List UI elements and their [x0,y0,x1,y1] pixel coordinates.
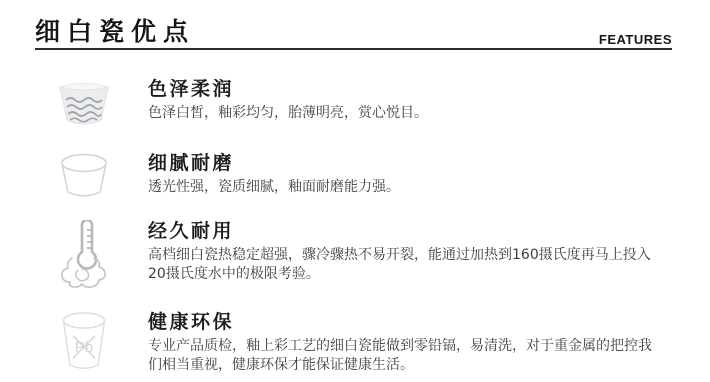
cup-no-lead-icon-svg: Pb [60,311,108,373]
feature-row-durability: 经久耐用 高档细白瓷热稳定超强，骤冷骤热不易开裂，能通过加热到160摄氏度再马上… [35,220,710,288]
feature-list: 色泽柔润 色泽白皙，釉彩均匀，胎薄明亮，赏心悦目。 细腻耐磨 透光性强，瓷质细腻… [0,78,710,375]
cup-outline-icon-svg [59,152,109,200]
feature-text: 经久耐用 高档细白瓷热稳定超强，骤冷骤热不易开裂，能通过加热到160摄氏度再马上… [148,220,654,284]
thermometer-flame-icon [53,220,115,288]
feature-text: 健康环保 专业产品质检，釉上彩工艺的细白瓷能做到零铅镉，易清洗，对于重金属的把控… [148,311,654,375]
feature-row-health: Pb 健康环保 专业产品质检，釉上彩工艺的细白瓷能做到零铅镉，易清洗，对于重金属… [35,311,710,375]
feature-description: 色泽白皙，釉彩均匀，胎薄明亮，赏心悦目。 [148,104,428,123]
feature-row-color: 色泽柔润 色泽白皙，釉彩均匀，胎薄明亮，赏心悦目。 [35,78,710,130]
feature-title: 色泽柔润 [148,78,428,102]
feature-description: 透光性强，瓷质细腻，釉面耐磨能力强。 [148,178,400,197]
feature-title: 细腻耐磨 [148,152,400,176]
feature-text: 细腻耐磨 透光性强，瓷质细腻，釉面耐磨能力强。 [148,152,400,197]
feature-title: 经久耐用 [148,220,654,244]
cup-outline-icon [53,152,115,200]
feature-description: 专业产品质检，釉上彩工艺的细白瓷能做到零铅镉，易清洗，对于重金属的把控我们相当重… [148,337,654,375]
feature-text: 色泽柔润 色泽白皙，釉彩均匀，胎薄明亮，赏心悦目。 [148,78,428,123]
thermometer-flame-icon-svg [58,220,110,288]
porcelain-features-section: 细白瓷优点 FEATURES 色泽柔润 色泽白皙，釉彩均匀，胎薄明亮，赏心悦目。 [0,0,710,382]
features-label: FEATURES [599,32,672,48]
feature-title: 健康环保 [148,311,654,335]
page-title: 细白瓷优点 [35,19,195,49]
cup-glaze-waves-icon [53,78,115,130]
cup-glaze-waves-icon-svg [55,78,113,130]
feature-row-texture: 细腻耐磨 透光性强，瓷质细腻，釉面耐磨能力强。 [35,152,710,200]
section-header: 细白瓷优点 FEATURES [35,0,672,50]
cup-no-lead-icon: Pb [53,311,115,373]
feature-description: 高档细白瓷热稳定超强，骤冷骤热不易开裂，能通过加热到160摄氏度再马上投入20摄… [148,246,654,284]
